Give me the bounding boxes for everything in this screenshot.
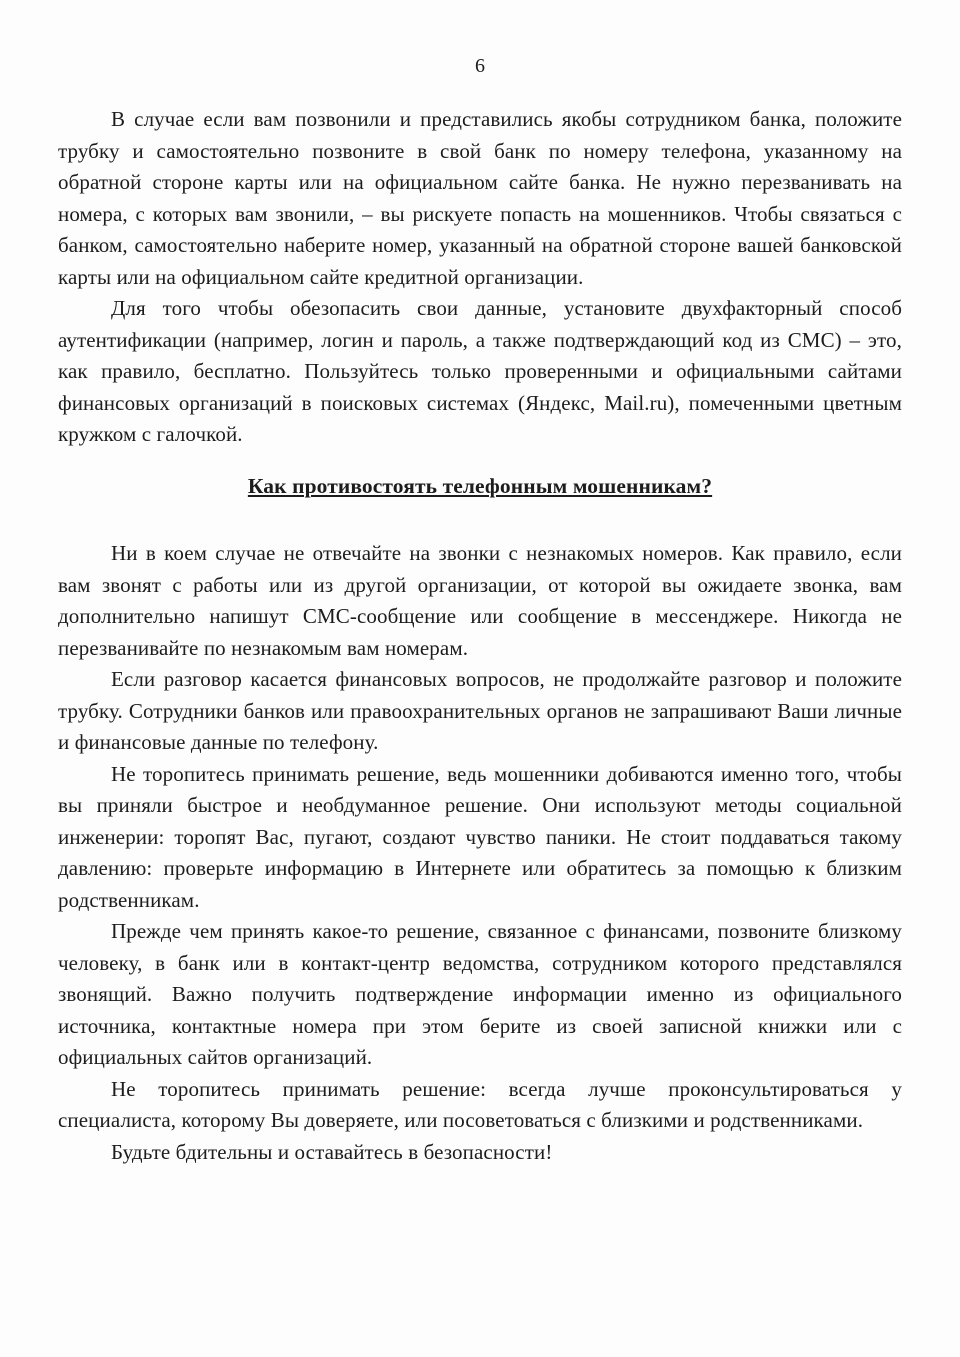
document-body: В случае если вам позвонили и представил… bbox=[58, 104, 902, 1168]
paragraph-bank-call: В случае если вам позвонили и представил… bbox=[58, 104, 902, 293]
paragraph-stay-safe: Будьте бдительны и оставайтесь в безопас… bbox=[58, 1137, 902, 1169]
page-number: 6 bbox=[0, 0, 960, 78]
paragraph-unknown-numbers: Ни в коем случае не отвечайте на звонки … bbox=[58, 538, 902, 664]
paragraph-consult-specialist: Не торопитесь принимать решение: всегда … bbox=[58, 1074, 902, 1137]
paragraph-verify-source: Прежде чем принять какое-то решение, свя… bbox=[58, 916, 902, 1074]
section-heading: Как противостоять телефонным мошенникам? bbox=[58, 471, 902, 503]
paragraph-social-engineering: Не торопитесь принимать решение, ведь мо… bbox=[58, 759, 902, 917]
paragraph-two-factor: Для того чтобы обезопасить свои данные, … bbox=[58, 293, 902, 451]
paragraph-financial-questions: Если разговор касается финансовых вопрос… bbox=[58, 664, 902, 759]
document-page: 6 В случае если вам позвонили и представ… bbox=[0, 0, 960, 1357]
